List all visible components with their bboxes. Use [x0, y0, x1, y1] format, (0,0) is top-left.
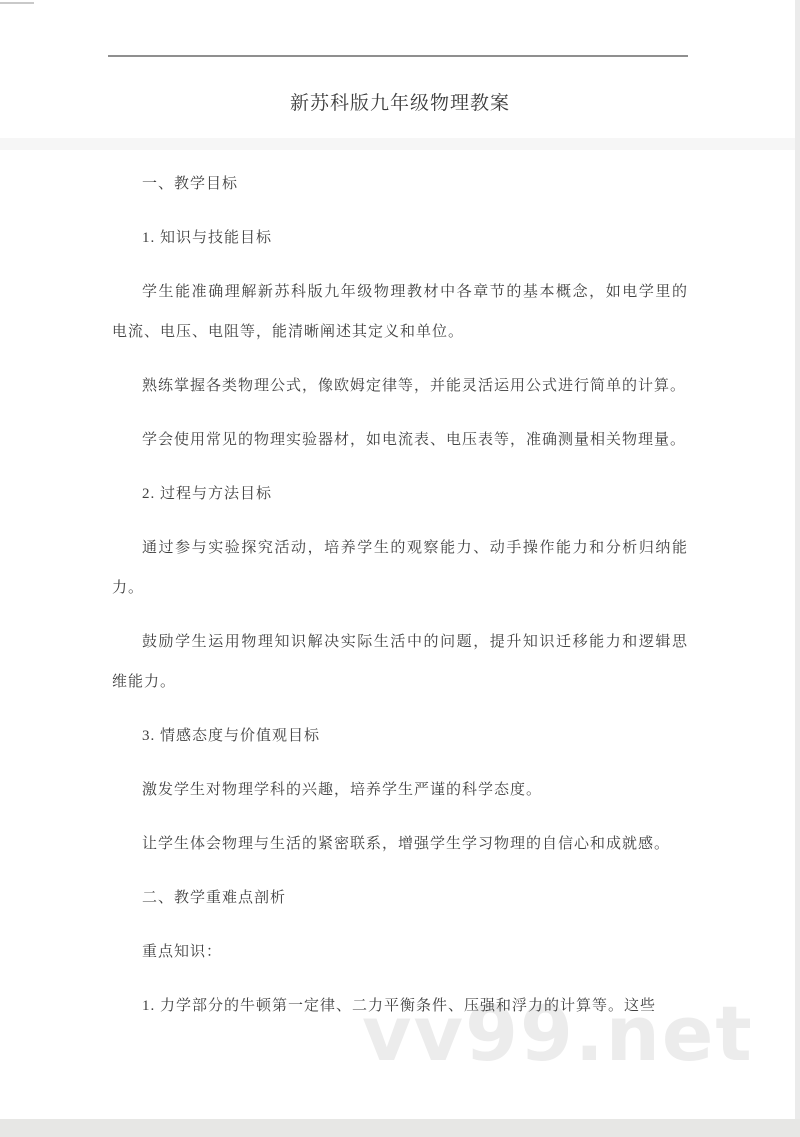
paragraph: 3. 情感态度与价值观目标	[112, 716, 688, 756]
page-right-edge	[795, 0, 800, 1120]
paragraph: 熟练掌握各类物理公式，像欧姆定律等，并能灵活运用公式进行简单的计算。	[112, 366, 688, 406]
paragraph-line: 二、教学重难点剖析	[112, 878, 688, 918]
paragraph: 一、教学目标	[112, 164, 688, 204]
document-page: 新苏科版九年级物理教案 vv99.net 一、教学目标1. 知识与技能目标学生能…	[0, 0, 800, 1137]
title-divider-rule	[108, 55, 688, 57]
page-bottom-edge	[0, 1119, 800, 1137]
paragraph-line: 1. 力学部分的牛顿第一定律、二力平衡条件、压强和浮力的计算等。这些	[112, 986, 688, 1026]
scan-artifact-band	[0, 138, 800, 150]
paragraph-line: 力。	[112, 568, 688, 608]
paragraph-line: 1. 知识与技能目标	[112, 218, 688, 258]
paragraph-line: 学生能准确理解新苏科版九年级物理教材中各章节的基本概念，如电学里的	[112, 272, 688, 312]
paragraph: 2. 过程与方法目标	[112, 474, 688, 514]
paragraph-line: 电流、电压、电阻等，能清晰阐述其定义和单位。	[112, 312, 688, 352]
paragraph-line: 鼓励学生运用物理知识解决实际生活中的问题，提升知识迁移能力和逻辑思	[112, 622, 688, 662]
paragraph: 让学生体会物理与生活的紧密联系，增强学生学习物理的自信心和成就感。	[112, 824, 688, 864]
document-body: 一、教学目标1. 知识与技能目标学生能准确理解新苏科版九年级物理教材中各章节的基…	[112, 164, 688, 1040]
paragraph-line: 激发学生对物理学科的兴趣，培养学生严谨的科学态度。	[112, 770, 688, 810]
paragraph-line: 一、教学目标	[112, 164, 688, 204]
paragraph: 激发学生对物理学科的兴趣，培养学生严谨的科学态度。	[112, 770, 688, 810]
paragraph: 重点知识：	[112, 932, 688, 972]
paragraph-line: 熟练掌握各类物理公式，像欧姆定律等，并能灵活运用公式进行简单的计算。	[112, 366, 688, 406]
paragraph-line: 让学生体会物理与生活的紧密联系，增强学生学习物理的自信心和成就感。	[112, 824, 688, 864]
paragraph-line: 重点知识：	[112, 932, 688, 972]
paragraph: 二、教学重难点剖析	[112, 878, 688, 918]
paragraph-line: 学会使用常见的物理实验器材，如电流表、电压表等，准确测量相关物理量。	[112, 420, 688, 460]
paragraph-line: 3. 情感态度与价值观目标	[112, 716, 688, 756]
paragraph: 学生能准确理解新苏科版九年级物理教材中各章节的基本概念，如电学里的电流、电压、电…	[112, 272, 688, 352]
paragraph: 鼓励学生运用物理知识解决实际生活中的问题，提升知识迁移能力和逻辑思维能力。	[112, 622, 688, 702]
paragraph: 学会使用常见的物理实验器材，如电流表、电压表等，准确测量相关物理量。	[112, 420, 688, 460]
paragraph: 1. 知识与技能目标	[112, 218, 688, 258]
paragraph: 1. 力学部分的牛顿第一定律、二力平衡条件、压强和浮力的计算等。这些	[112, 986, 688, 1026]
paragraph-line: 通过参与实验探究活动，培养学生的观察能力、动手操作能力和分析归纳能	[112, 528, 688, 568]
scan-artifact-dash	[0, 2, 34, 4]
paragraph-line: 2. 过程与方法目标	[112, 474, 688, 514]
paragraph: 通过参与实验探究活动，培养学生的观察能力、动手操作能力和分析归纳能力。	[112, 528, 688, 608]
document-title: 新苏科版九年级物理教案	[0, 88, 800, 115]
paragraph-line: 维能力。	[112, 662, 688, 702]
